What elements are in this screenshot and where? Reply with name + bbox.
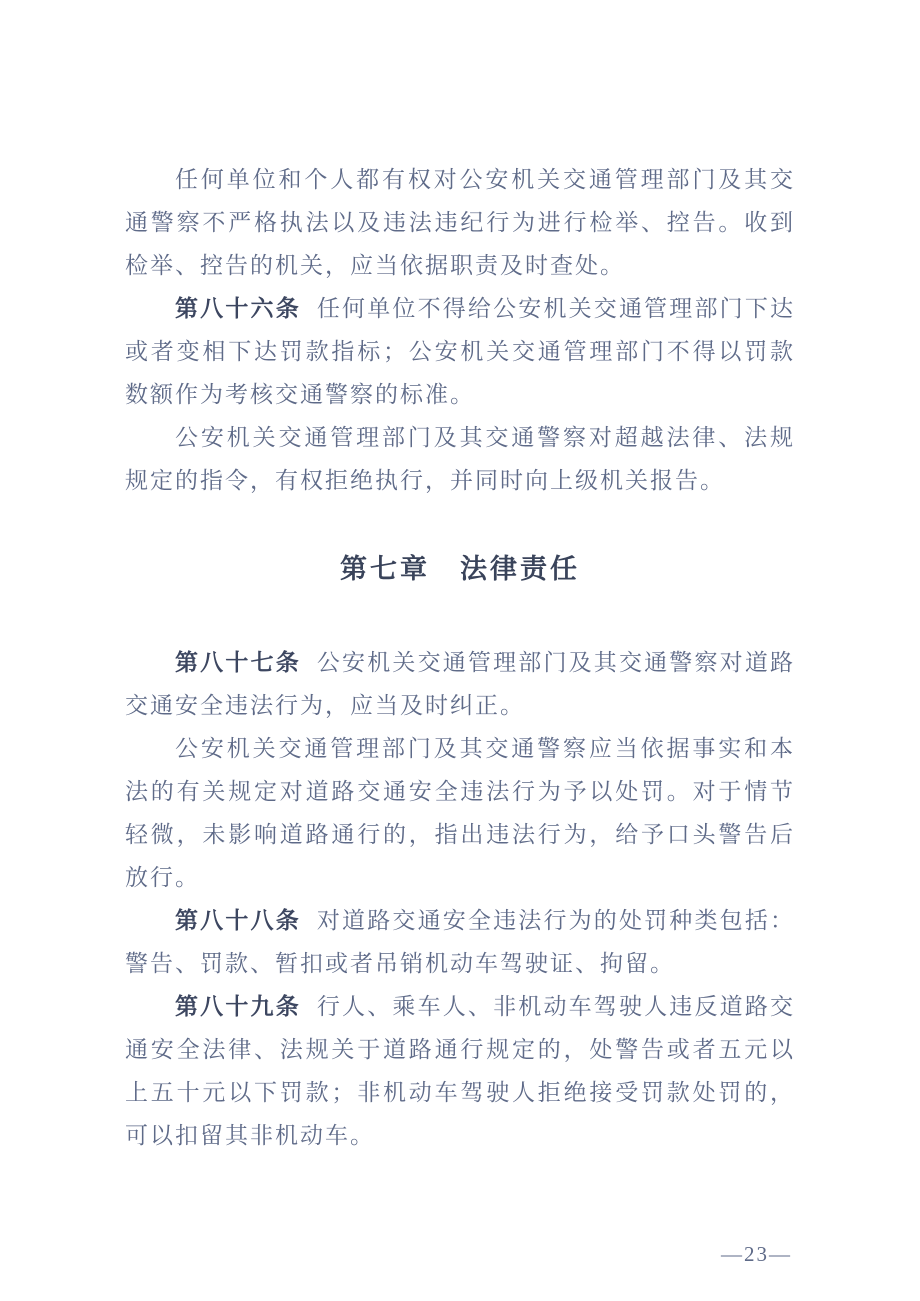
paragraph-text: 任何单位和个人都有权对公安机关交通管理部门及其交通警察不严格执法以及违法违纪行为… [125,167,795,278]
paragraph: 第八十九条行人、乘车人、非机动车驾驶人违反道路交通安全法律、法规关于道路通行规定… [125,985,795,1157]
chapter-heading: 第七章 法律责任 [125,548,795,591]
document-page: 任何单位和个人都有权对公安机关交通管理部门及其交通警察不严格执法以及违法违纪行为… [0,0,920,1301]
page-number: —23— [721,1242,792,1267]
article-number: 第八十七条 [175,650,301,675]
paragraph: 第八十八条对道路交通安全违法行为的处罚种类包括：警告、罚款、暂扣或者吊销机动车驾… [125,899,795,985]
paragraph-text: 公安机关交通管理部门及其交通警察对超越法律、法规规定的指令，有权拒绝执行，并同时… [125,425,795,493]
article-number: 第八十六条 [175,296,301,321]
paragraph: 第八十七条公安机关交通管理部门及其交通警察对道路交通安全违法行为，应当及时纠正。 [125,641,795,727]
paragraph: 公安机关交通管理部门及其交通警察应当依据事实和本法的有关规定对道路交通安全违法行… [125,727,795,899]
paragraph: 任何单位和个人都有权对公安机关交通管理部门及其交通警察不严格执法以及违法违纪行为… [125,158,795,287]
article-number: 第八十九条 [175,994,301,1019]
text-column: 任何单位和个人都有权对公安机关交通管理部门及其交通警察不严格执法以及违法违纪行为… [125,158,795,1157]
article-number: 第八十八条 [175,908,301,933]
paragraph: 公安机关交通管理部门及其交通警察对超越法律、法规规定的指令，有权拒绝执行，并同时… [125,416,795,502]
paragraph-text: 公安机关交通管理部门及其交通警察应当依据事实和本法的有关规定对道路交通安全违法行… [125,736,795,890]
paragraph: 第八十六条任何单位不得给公安机关交通管理部门下达或者变相下达罚款指标；公安机关交… [125,287,795,416]
